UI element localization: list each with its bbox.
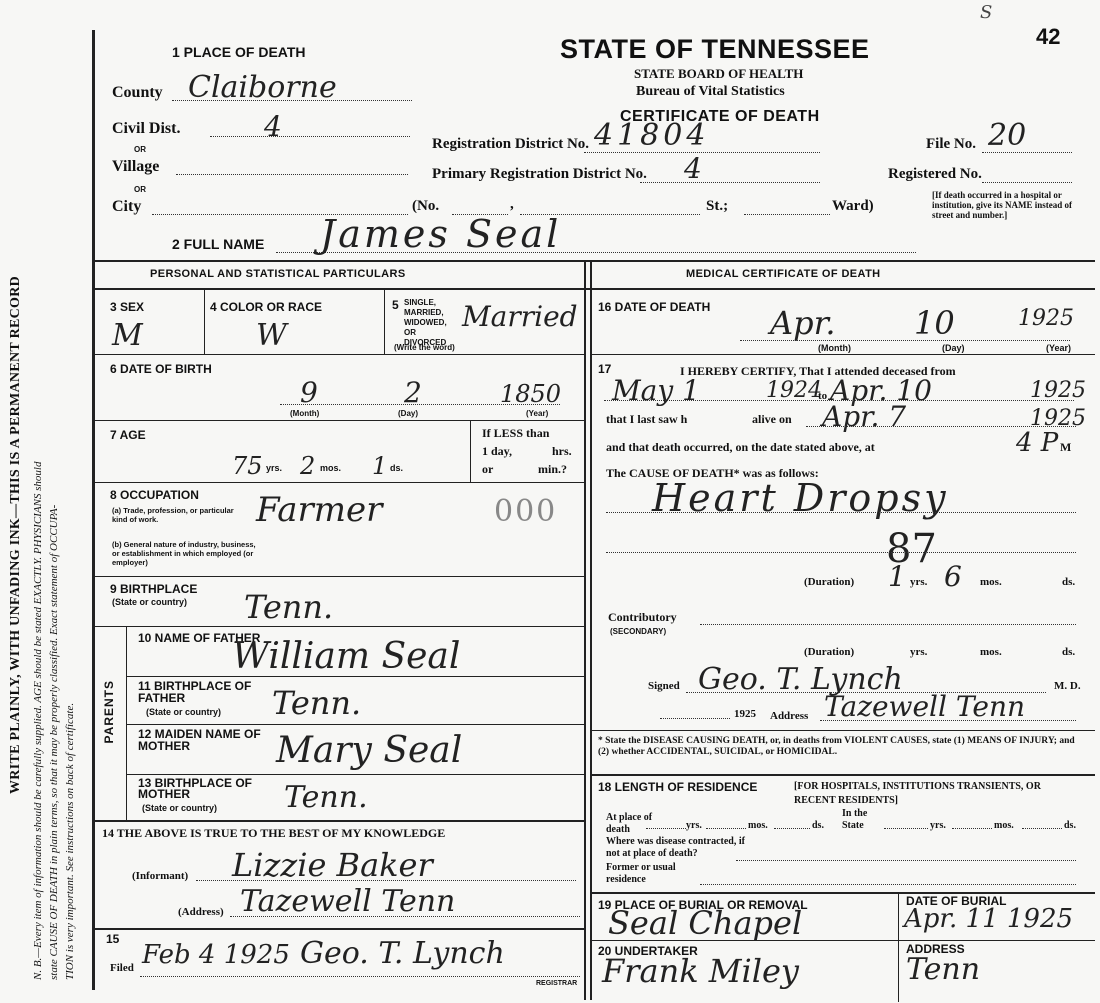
divider [126,774,585,775]
contracted-label: Where was disease contracted, if not at … [606,836,756,860]
sign-year: 1925 [734,708,756,720]
marital-value: Married [462,300,578,333]
civil-dist-line [210,136,410,137]
informant-statement: 14 THE ABOVE IS TRUE TO THE BEST OF MY K… [102,826,445,841]
death-month: Apr. [770,304,836,342]
ds-caption: ds. [1064,820,1076,831]
village-line [176,174,408,175]
divider [95,288,1095,290]
mother-birthplace-hint: (State or country) [142,804,217,812]
year-caption: (Year) [526,410,548,418]
father-value: William Seal [232,636,460,677]
civil-dist-label: Civil Dist. [112,120,180,138]
in-state-yrs-line [884,828,928,829]
sex-value: M [112,318,143,353]
comma: , [510,196,514,213]
cause-footnote: * State the DISEASE CAUSING DEATH, or, i… [598,736,1078,758]
age-days: 1 [372,452,387,480]
divider [126,724,585,725]
medical-heading: MEDICAL CERTIFICATE OF DEATH [686,268,881,280]
cell-divider [384,288,385,354]
ds-caption: ds. [812,820,824,831]
primary-reg-line [640,182,820,183]
contracted-line [736,860,1076,861]
ds-caption: ds. [1062,576,1075,588]
mother-label: 12 MAIDEN NAME OF MOTHER [138,728,278,752]
center-divider-2 [590,260,592,1000]
informant-address-label: (Address) [178,906,224,918]
registered-no-label: Registered No. [888,166,982,183]
village-label: Village [112,158,159,176]
age-months: 2 [300,452,315,480]
undertaker-address: Tenn [906,952,980,987]
divider [590,354,1095,355]
left-border [92,30,95,990]
divider [95,354,585,355]
yrs-caption: yrs. [910,646,927,658]
margin-note-3: TION is very important. See instructions… [64,90,76,980]
residence-note: [FOR HOSPITALS, INSTITUTIONS TRANSIENTS,… [794,780,1076,808]
father-birthplace-label: 11 BIRTHPLACE OF FATHER [138,680,268,704]
burial-date: Apr. 11 1925 [904,904,1073,934]
occupation-value: Farmer [256,490,382,530]
undertaker-value: Frank Miley [602,952,799,990]
divider [95,420,585,421]
reg-district-value: 41804 [594,118,709,153]
page-number: 42 [1036,24,1060,50]
death-certificate: WRITE PLAINLY, WITH UNFADING INK—THIS IS… [0,0,1100,1003]
md-label: M. D. [1054,680,1081,692]
race-value: W [256,318,287,353]
one-day-label: 1 day, [482,444,512,459]
cause-of-death: Heart Dropsy [652,476,949,520]
in-state-ds-line [1022,828,1062,829]
day-caption: (Day) [398,410,418,418]
dob-day: 2 [404,376,422,409]
secondary-label: (SECONDARY) [610,628,666,636]
registered-no-line [982,182,1072,183]
st-label: St.; [706,198,728,215]
less-than-label: If LESS than [482,426,549,441]
burial-divider [898,892,899,1002]
in-state-mos-line [952,828,992,829]
certificate-title: STATE OF TENNESSEE [560,34,870,65]
duration-label: (Duration) [804,576,854,588]
contributory-line [700,624,1076,625]
divider [95,576,585,577]
or-text: OR [134,186,146,194]
divider [95,260,1095,262]
registrar-signature: Geo. T. Lynch [300,936,505,971]
burial-place: Seal Chapel [608,904,802,942]
birthplace-label: 9 BIRTHPLACE [110,582,197,596]
margin-instruction: WRITE PLAINLY, WITH UNFADING INK—THIS IS… [8,90,24,980]
physician-address: Tazewell Tenn [824,690,1025,723]
ward-label: Ward) [832,198,874,215]
mother-birthplace-value: Tenn. [284,780,368,815]
mos-caption: mos. [748,820,768,831]
divider [590,730,1095,731]
residence-label: 18 LENGTH OF RESIDENCE [598,780,757,794]
month-caption: (Month) [290,410,319,418]
divider [590,940,1095,941]
informant-value: Lizzie Baker [232,846,433,884]
mos-caption: mos. [320,464,341,473]
duration-label-2: (Duration) [804,646,854,658]
year-caption: (Year) [1046,344,1071,352]
dob-year: 1850 [500,380,561,408]
sex-label: 3 SEX [110,300,144,314]
yrs-caption: yrs. [910,576,927,588]
occupation-label: 8 OCCUPATION [110,488,199,502]
mother-birthplace-label: 13 BIRTHPLACE OF MOTHER [138,778,268,800]
mother-value: Mary Seal [276,730,462,771]
attended-from: May 1 [612,374,700,407]
birthplace-hint: (State or country) [112,598,187,606]
last-saw-line [806,426,1076,427]
parents-label: PARENTS [102,680,116,743]
margin-note-2: state CAUSE OF DEATH in plain terms, so … [48,90,60,980]
dob-month: 9 [300,376,318,409]
divider [95,482,585,483]
race-label: 4 COLOR OR RACE [210,300,322,314]
death-occurred-text: and that death occurred, on the date sta… [606,440,875,455]
cause-line [606,512,1076,513]
dob-label: 6 DATE OF BIRTH [110,362,212,376]
mos-caption: mos. [980,646,1002,658]
hospital-note: [If death occurred in a hospital or inst… [932,190,1078,220]
primary-reg-value: 4 [684,152,702,185]
marital-hint: (Write the word) [394,344,455,352]
birthplace-value: Tenn. [244,588,333,626]
death-time: 4 P [1016,428,1058,458]
last-saw-date: Apr. 7 [822,400,906,433]
registrar-label: REGISTRAR [536,980,577,988]
filed-label: Filed [110,962,134,974]
at-place-ds-line [774,828,810,829]
bureau-name: Bureau of Vital Statistics [636,84,785,100]
yrs-caption: yrs. [266,464,282,473]
occupation-code: 000 [494,494,557,529]
informant-address-value: Tazewell Tenn [240,884,455,919]
filed-num: 15 [106,932,119,946]
or-label: or [482,462,493,477]
m-label: M [1060,440,1071,455]
duration-years: 1 [888,560,906,593]
yrs-caption: yrs. [930,820,946,831]
place-of-death-label: 1 PLACE OF DEATH [172,44,306,60]
center-divider [584,260,586,1000]
mos-caption: mos. [994,820,1014,831]
signed-label: Signed [648,680,680,692]
duration-months: 6 [944,560,962,593]
occupation-a-hint: (a) Trade, profession, or particular kin… [112,506,242,524]
marital-options: SINGLE, MARRIED, WIDOWED, OR DIVORCED [404,298,460,348]
cert-num: 17 [598,362,611,376]
father-birthplace-hint: (State or country) [146,708,221,716]
last-saw-text: that I last saw h [606,412,687,427]
yrs-caption: yrs. [686,820,702,831]
month-caption: (Month) [818,344,851,352]
death-day: 10 [914,304,955,342]
civil-dist-value: 4 [264,110,282,143]
ds-caption: ds. [1062,646,1075,658]
cell-divider [470,420,471,482]
marital-num: 5 [392,298,399,312]
reg-district-label: Registration District No. [432,136,589,153]
city-label: City [112,198,141,216]
divider [95,928,585,930]
former-residence-label: Former or usual residence [606,862,706,886]
file-no-value: 20 [988,118,1026,153]
former-residence-line [700,884,1076,885]
death-year: 1925 [1018,306,1074,331]
age-label: 7 AGE [110,428,146,442]
at-place-mos-line [706,828,746,829]
in-state-label: In the State [842,808,882,832]
at-place-yrs-line [646,828,686,829]
margin-note-1: N. B.—Every item of information should b… [32,90,44,980]
mos-caption: mos. [980,576,1002,588]
cause-line-2 [606,552,1076,553]
age-years: 75 [232,452,263,480]
ward-line [744,214,830,215]
county-value: Claiborne [188,70,337,105]
primary-reg-label: Primary Registration District No. [432,166,647,183]
date-of-death-label: 16 DATE OF DEATH [598,300,710,314]
divider [95,820,585,822]
hrs-label: hrs. [552,444,572,459]
occupation-b-hint: (b) General nature of industry, business… [112,540,258,567]
stamp-mark: S [980,2,992,23]
board-name: STATE BOARD OF HEALTH [634,66,803,82]
filed-date: Feb 4 1925 [142,940,290,970]
divider [590,774,1095,776]
informant-label: (Informant) [132,870,188,882]
county-label: County [112,84,163,102]
father-birthplace-value: Tenn. [272,684,361,722]
divider [126,676,585,677]
full-name-label: 2 FULL NAME [172,236,264,252]
at-place-label: At place of death [606,812,656,836]
physician-address-label: Address [770,710,808,722]
personal-heading: PERSONAL AND STATISTICAL PARTICULARS [150,268,406,280]
alive-on-text: alive on [752,412,792,427]
file-no-label: File No. [926,136,976,153]
day-caption: (Day) [942,344,965,352]
divider [590,892,1095,894]
contributory-label: Contributory [608,610,677,625]
sign-year-line [660,718,730,719]
or-text: OR [134,146,146,154]
filed-line [140,976,580,977]
cell-divider [204,288,205,354]
full-name-value: James Seal [320,212,561,256]
ds-caption: ds. [390,464,403,473]
min-label: min.? [538,462,567,477]
divider [95,626,585,627]
